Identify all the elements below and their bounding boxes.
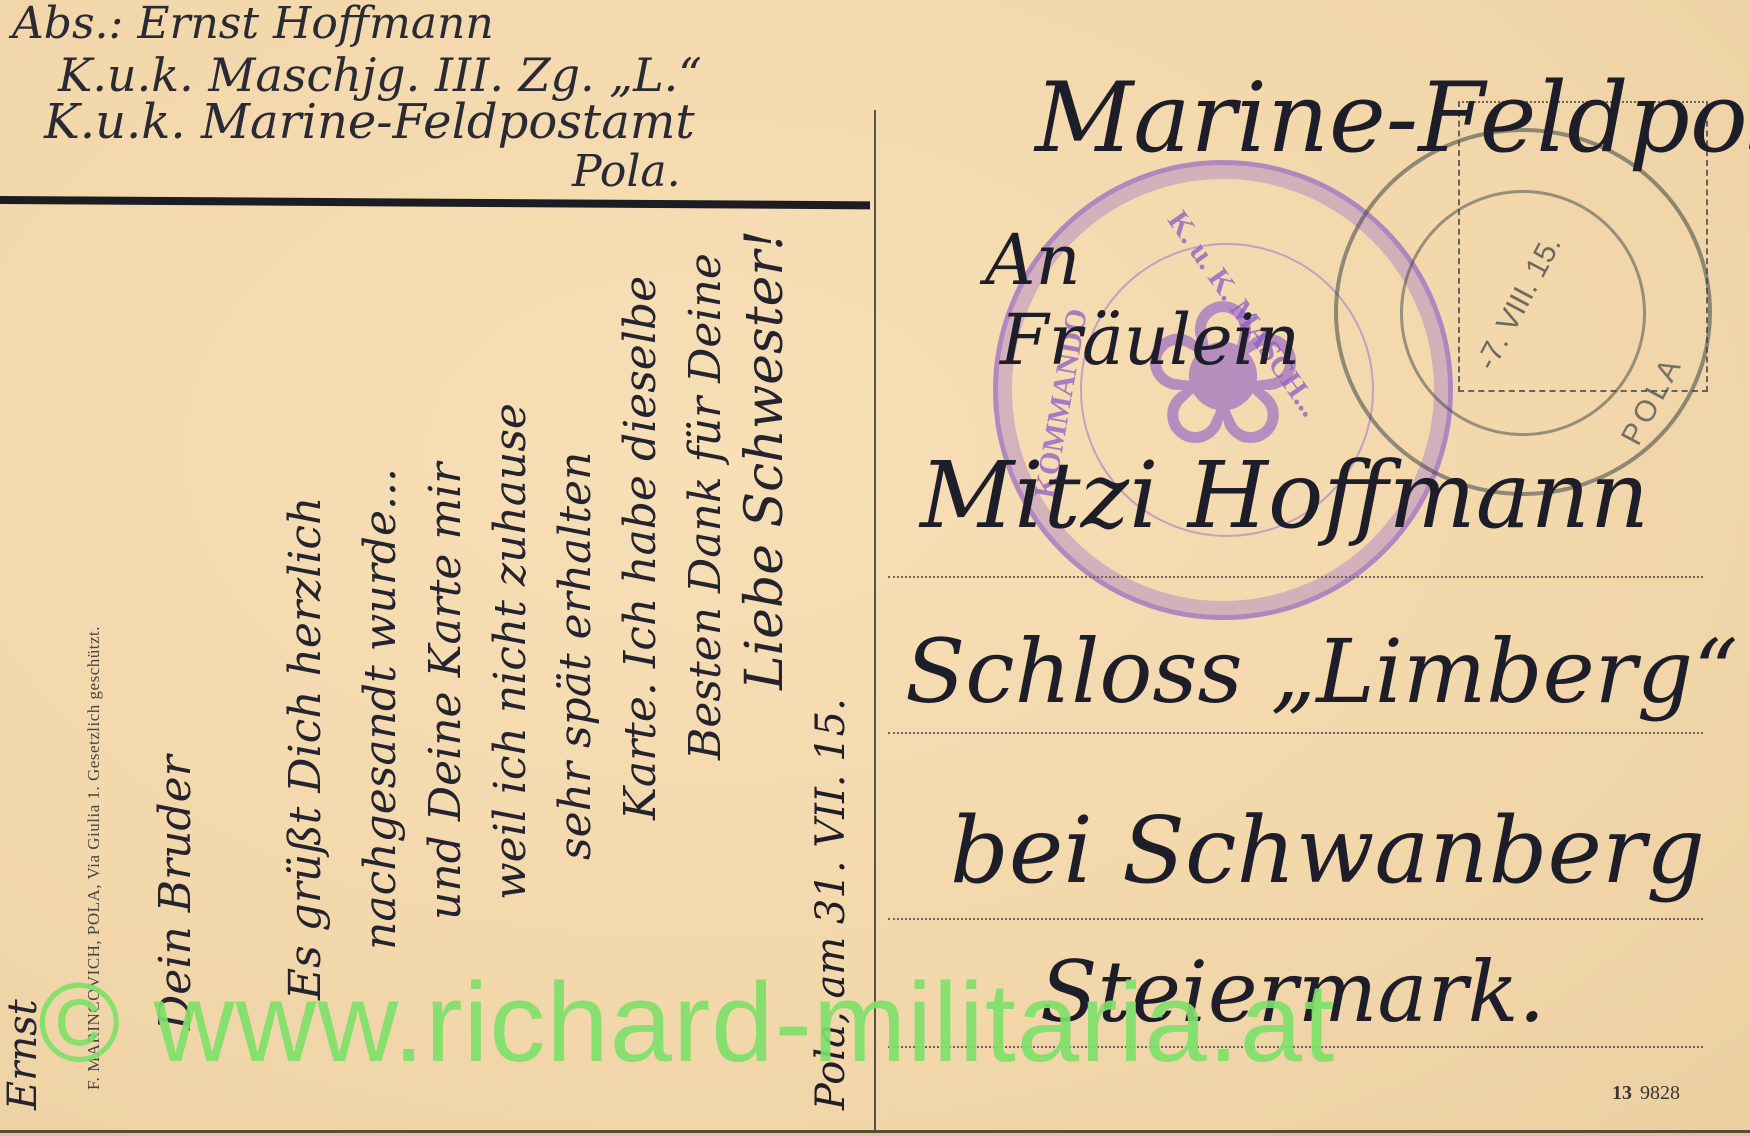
message-line: sehr spät erhalten: [550, 452, 601, 860]
message-line: weil ich nicht zuhause: [485, 403, 536, 900]
sender-line-4: Pola.: [572, 150, 681, 194]
sender-line-3: K.u.k. Marine-Feldpostamt: [44, 98, 695, 146]
message-line: Es grüßt Dich herzlich: [280, 497, 331, 1000]
message-line: Liebe Schwester!: [735, 230, 795, 690]
message-line: und Deine Karte mir: [420, 463, 471, 920]
address-town: bei Schwanberg: [950, 805, 1705, 897]
copyright-watermark: © www.richard-militaria.at: [38, 958, 1335, 1087]
address-line-1: [888, 576, 1703, 578]
serial-value: 9828: [1640, 1082, 1680, 1104]
header-rule: [0, 196, 870, 209]
serial-number: 139828: [1612, 1082, 1680, 1105]
address-line-2: [888, 732, 1703, 734]
address-street: Schloss „Limberg“: [905, 628, 1738, 716]
message-line: Besten Dank für Deine: [680, 253, 731, 760]
sender-line-2: K.u.k. Maschjg. III. Zg. „L.“: [58, 52, 702, 98]
postcard: Abs.: Ernst Hoffmann K.u.k. Maschjg. III…: [0, 0, 1750, 1130]
message-line: Karte. Ich habe dieselbe: [615, 276, 666, 820]
address-name: Mitzi Hoffmann: [920, 450, 1649, 542]
address-header: Marine-Feldpost: [1035, 70, 1750, 166]
address-line-3: [888, 918, 1703, 920]
sender-line-1: Abs.: Ernst Hoffmann: [12, 2, 494, 46]
serial-prefix: 13: [1612, 1082, 1632, 1104]
message-line: nachgesandt wurde...: [355, 468, 406, 950]
address-title: Fräulein: [1000, 305, 1300, 375]
address-salutation: An: [985, 225, 1081, 295]
